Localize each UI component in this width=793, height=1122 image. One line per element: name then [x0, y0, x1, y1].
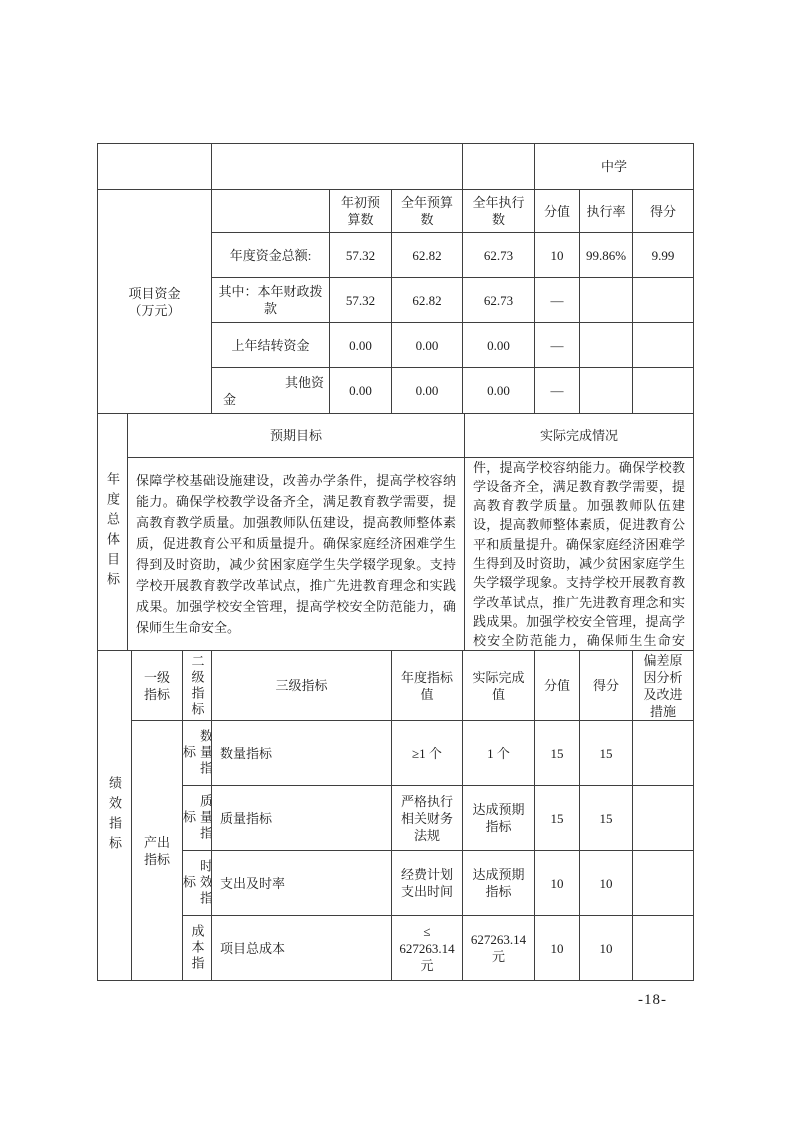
performance-indicators-section: 绩效指标 一级 指标 二级指标 三级指标 年度指标 值 实际完成 值 分值 得分… [98, 651, 694, 981]
level2-cost-text: 成本指 [189, 924, 206, 972]
actual-completion-cell: 保障学校基础设施建设，改善办学条件，提高学校容纳能力。确保学校教学设备齐全，满足… [465, 458, 694, 651]
row-label-other-funds: 其他资 金 [212, 368, 330, 414]
funds-row-label: 项目资金 （万元） [98, 190, 212, 414]
score: 15 [580, 721, 633, 786]
level2-quantity-text: 数量指标 [183, 723, 212, 783]
header-deviation-analysis: 偏差原 因分析 及改进 措施 [633, 651, 694, 721]
empty-sublabel-header-cell [212, 190, 330, 233]
col-header-annual-executed: 全年执行 数 [463, 190, 535, 233]
actual-value: 627263.14 元 [463, 916, 535, 981]
cell-value: 9.99 [633, 233, 694, 278]
level2-quantity-label: 数量指标 [183, 721, 212, 786]
annual-target-value: ≥1 个 [392, 721, 463, 786]
expected-goal-header: 预期目标 [128, 414, 465, 458]
actual-value: 达成预期 指标 [463, 851, 535, 916]
expected-goal-cell: 保障学校基础设施建设，改善办学条件，提高学校容纳能力。确保学校教学设备齐全，满足… [128, 458, 465, 651]
score-value: 10 [535, 851, 580, 916]
cell-value: 99.86% [580, 233, 633, 278]
cell-value: 0.00 [330, 323, 392, 368]
indicator-name: 质量指标 [212, 786, 392, 851]
row-label-carryover-funds: 上年结转资金 [212, 323, 330, 368]
header-level2-indicator: 二级指标 [183, 651, 212, 721]
annual-target-value: ≤ 627263.14 元 [392, 916, 463, 981]
cell-value: 0.00 [392, 368, 463, 414]
cell-value: 62.73 [463, 278, 535, 323]
header-level3-indicator: 三级指标 [212, 651, 392, 721]
level2-quality-text: 质量指标 [183, 788, 212, 848]
score: 15 [580, 786, 633, 851]
cell-value [580, 278, 633, 323]
col-header-initial-budget: 年初预 算数 [330, 190, 392, 233]
cell-value [633, 368, 694, 414]
level2-cost-label: 成本指 [183, 916, 212, 981]
annual-target-value: 严格执行 相关财务 法规 [392, 786, 463, 851]
cell-value [580, 368, 633, 414]
score: 10 [580, 916, 633, 981]
cell-value: 62.82 [392, 278, 463, 323]
cell-value: 0.00 [330, 368, 392, 414]
header-level1-indicator: 一级 指标 [132, 651, 183, 721]
annual-goal-label-text: 年度总体目标 [104, 472, 121, 592]
actual-value: 1 个 [463, 721, 535, 786]
deviation-cell [633, 786, 694, 851]
annual-target-value: 经费计划 支出时间 [392, 851, 463, 916]
cell-value: 10 [535, 233, 580, 278]
header-annual-target: 年度指标 值 [392, 651, 463, 721]
level2-timeliness-text: 时效指标 [183, 853, 212, 913]
cell-value: — [535, 323, 580, 368]
performance-section-label: 绩效指标 [98, 651, 132, 981]
col-header-score-value: 分值 [535, 190, 580, 233]
score: 10 [580, 851, 633, 916]
expected-goal-text: 保障学校基础设施建设，改善办学条件，提高学校容纳能力。确保学校教学设备齐全，满足… [136, 470, 456, 638]
empty-corner-cell [98, 144, 212, 190]
cell-value [580, 323, 633, 368]
cell-value: 0.00 [463, 323, 535, 368]
cell-value: 62.82 [392, 233, 463, 278]
col-header-score: 得分 [633, 190, 694, 233]
actual-completion-text: 保障学校基础设施建设，改善办学条件，提高学校容纳能力。确保学校教学设备齐全，满足… [473, 458, 685, 651]
header-score: 得分 [580, 651, 633, 721]
indicator-name: 项目总成本 [212, 916, 392, 981]
page-number: -18- [638, 992, 667, 1009]
document-page: 中学 项目资金 （万元） 年初预 算数 全年预算 数 全年执行 数 分值 执行率… [0, 0, 793, 1122]
cell-value [633, 278, 694, 323]
header-actual-value: 实际完成 值 [463, 651, 535, 721]
col-header-execution-rate: 执行率 [580, 190, 633, 233]
level1-output-indicator-label: 产出 指标 [132, 721, 183, 981]
cell-value: 57.32 [330, 278, 392, 323]
performance-label-text: 绩效指标 [106, 776, 123, 856]
school-type-header: 中学 [535, 144, 694, 190]
annual-goal-section-label: 年度总体目标 [98, 414, 128, 651]
other-funds-label-line2: 金 [215, 391, 326, 408]
budget-performance-table: 中学 项目资金 （万元） 年初预 算数 全年预算 数 全年执行 数 分值 执行率… [97, 143, 694, 981]
cell-value: — [535, 278, 580, 323]
row-label-current-year-fiscal: 其中：本年财政拨款 [212, 278, 330, 323]
other-funds-label-line1: 其他资 [215, 374, 326, 391]
header-level2-text: 二级指标 [189, 654, 206, 718]
level2-quality-label: 质量指标 [183, 786, 212, 851]
header-score-value: 分值 [535, 651, 580, 721]
cell-value: 0.00 [463, 368, 535, 414]
col-header-annual-budget: 全年预算 数 [392, 190, 463, 233]
cell-value: 57.32 [330, 233, 392, 278]
deviation-cell [633, 851, 694, 916]
cell-value: 0.00 [392, 323, 463, 368]
score-value: 10 [535, 916, 580, 981]
project-funds-section: 中学 项目资金 （万元） 年初预 算数 全年预算 数 全年执行 数 分值 执行率… [98, 144, 694, 414]
deviation-cell [633, 721, 694, 786]
cell-value: 62.73 [463, 233, 535, 278]
level2-timeliness-label: 时效指标 [183, 851, 212, 916]
cell-value [633, 323, 694, 368]
indicator-name: 数量指标 [212, 721, 392, 786]
annual-goal-section: 年度总体目标 预期目标 实际完成情况 保障学校基础设施建设，改善办学条件，提高学… [98, 414, 694, 651]
row-label-total-funds: 年度资金总额: [212, 233, 330, 278]
empty-header-span-cell [212, 144, 463, 190]
deviation-cell [633, 916, 694, 981]
actual-value: 达成预期 指标 [463, 786, 535, 851]
cell-value: — [535, 368, 580, 414]
actual-completion-header: 实际完成情况 [465, 414, 694, 458]
indicator-name: 支出及时率 [212, 851, 392, 916]
score-value: 15 [535, 786, 580, 851]
empty-header-cell [463, 144, 535, 190]
score-value: 15 [535, 721, 580, 786]
